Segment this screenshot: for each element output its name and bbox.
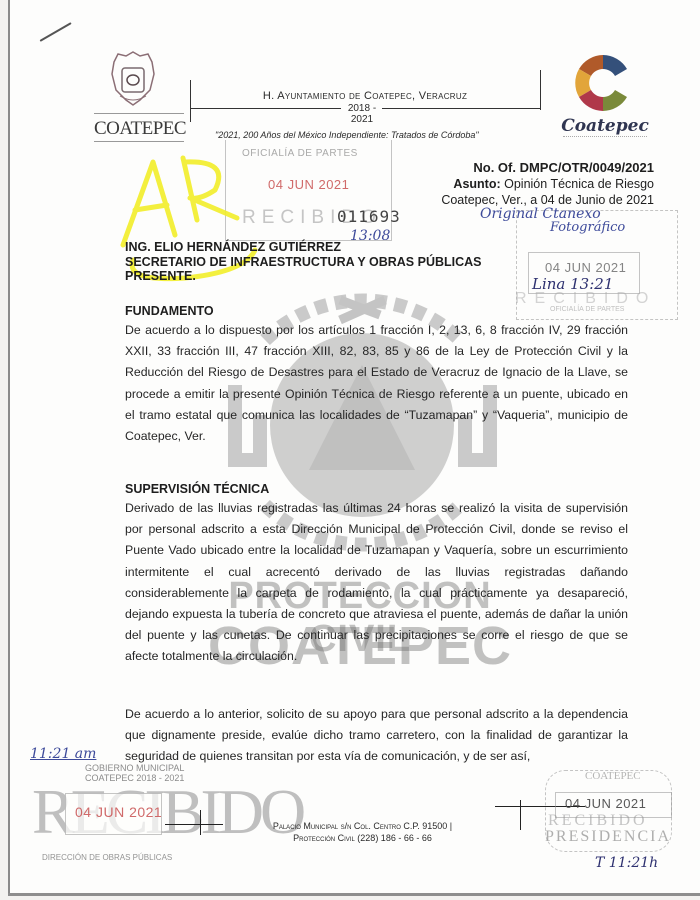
document-page: COATEPEC H. Ayuntamiento de Coatepec, Ve… [8,0,700,893]
header-years: 2018 - 2021 [340,103,384,125]
addressee-greeting: PRESENTE. [125,269,482,284]
handwritten-time-obras: 11:21 am [30,746,96,762]
obras-stamp-label: DIRECCIÓN DE OBRAS PÚBLICAS [42,853,172,862]
brand-wordmark: Coatepec [555,116,655,136]
footer-address: Palacio Municipal s/n Col. Centro C.P. 9… [240,820,485,844]
header-divider-left [190,80,191,122]
handwritten-time-presidencia: T 11:21h [595,855,658,871]
header-title: H. Ayuntamiento de Coatepec, Veracruz [210,90,520,102]
crest-wordmark: COATEPEC [94,118,184,140]
section-body-supervision: Derivado de las lluvias registradas las … [125,498,628,668]
crest-rule-top [94,113,184,115]
footer-line-2: Protección Civil (228) 186 - 66 - 66 [240,832,485,844]
office-number: No. Of. DMPC/OTR/0049/2021 [441,160,654,176]
brand-tagline [563,136,647,139]
obras-stamp-date: 04 JUN 2021 [75,804,162,820]
closing-paragraph: De acuerdo a lo anterior, solicito de su… [125,704,628,768]
header-divider-right [540,70,541,110]
section-title-fundamento: FUNDAMENTO [125,304,214,318]
coatepec-brand-logo-icon [572,52,634,114]
section-title-supervision: SUPERVISIÓN TÉCNICA [125,482,269,496]
document-meta: No. Of. DMPC/OTR/0049/2021 Asunto: Opini… [441,160,654,208]
section-body-fundamento: De acuerdo a lo dispuesto por los artícu… [125,320,628,447]
right-stamp-date: 04 JUN 2021 [545,260,626,275]
subject-value: Opinión Técnica de Riesgo [504,177,654,191]
right-stamp-label: OFICIALÍA DE PARTES [550,306,624,313]
footer-rule-left [165,824,223,825]
crest-rule-bottom [94,141,184,143]
subject-line: Asunto: Opinión Técnica de Riesgo [441,176,654,192]
addressee-block: ING. ELIO HERNÁNDEZ GUTIÉRREZ SECRETARIO… [125,240,482,284]
addressee-name: ING. ELIO HERNÁNDEZ GUTIÉRREZ [125,240,482,255]
presidencia-stamp-label: PRESIDENCIA [545,828,671,846]
footer-divider-left [200,810,201,835]
municipal-crest-icon [110,50,156,108]
pen-mark [40,22,72,42]
subject-label: Asunto: [453,177,500,191]
presidencia-stamp-date: 04 JUN 2021 [565,796,646,811]
presidencia-stamp-header: COATEPEC [585,770,641,782]
handwritten-note-line-2: Fotográfico [550,220,625,235]
header-motto: "2021, 200 Años del México Independiente… [215,130,535,140]
place-date: Coatepec, Ver., a 04 de Junio de 2021 [441,192,654,208]
folio-number: 011693 [337,207,401,226]
header-rule-right [382,108,540,109]
footer-line-1: Palacio Municipal s/n Col. Centro C.P. 9… [240,820,485,832]
addressee-position: SECRETARIO DE INFRAESTRUCTURA Y OBRAS PÚ… [125,255,482,270]
header-rule-left [191,108,341,109]
footer-divider-right [520,800,521,830]
